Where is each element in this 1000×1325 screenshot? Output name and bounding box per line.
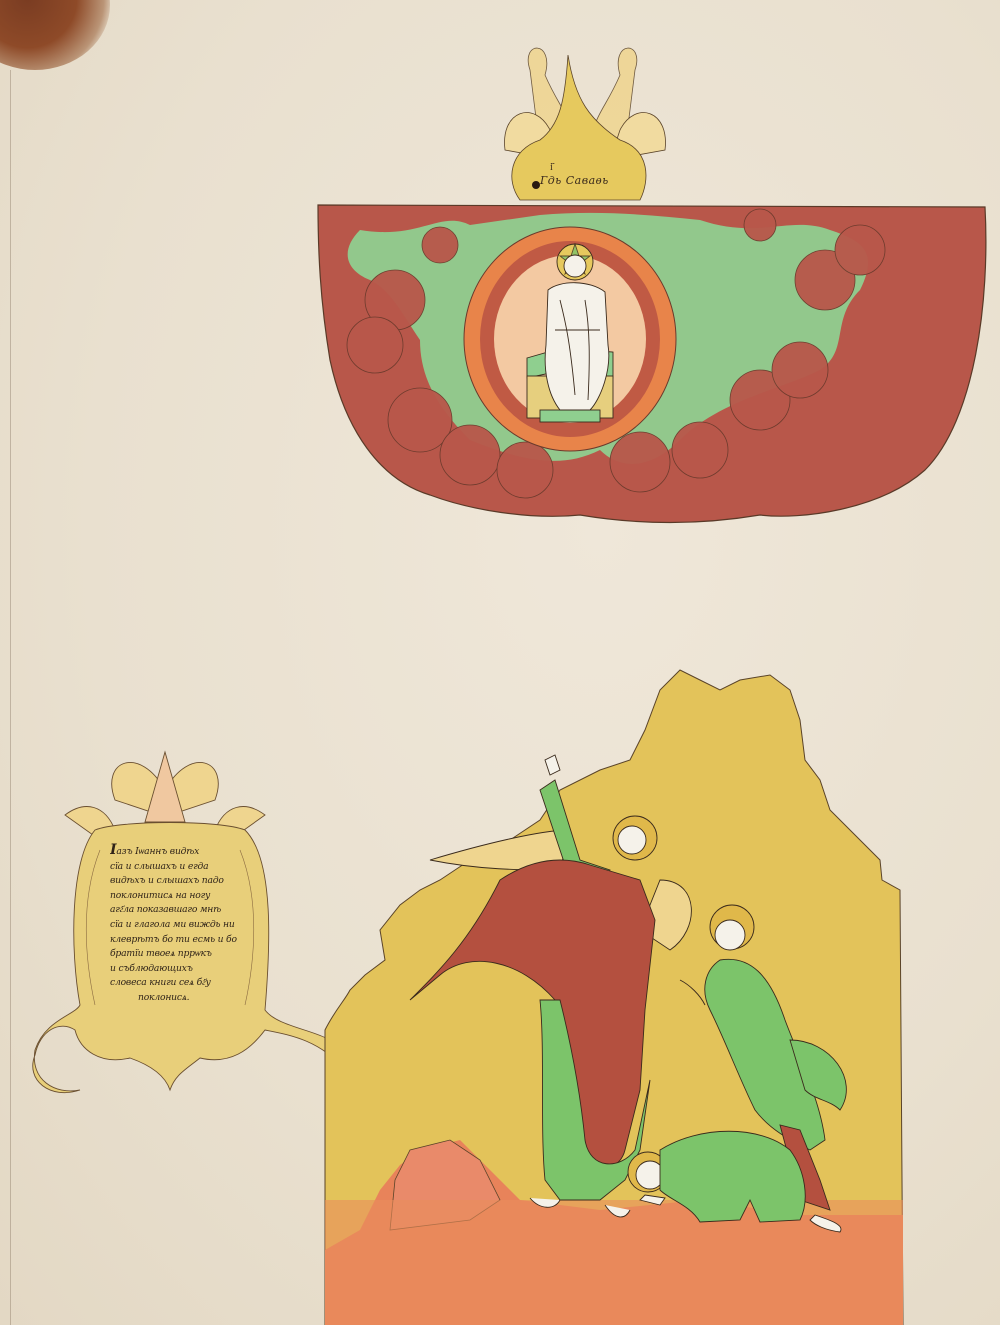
bottom-illustration <box>0 0 1000 1325</box>
manuscript-page: і҃ Гдь Саваѳь Іазъ Іѡаннъ видѣх сїа и сл… <box>0 0 1000 1325</box>
